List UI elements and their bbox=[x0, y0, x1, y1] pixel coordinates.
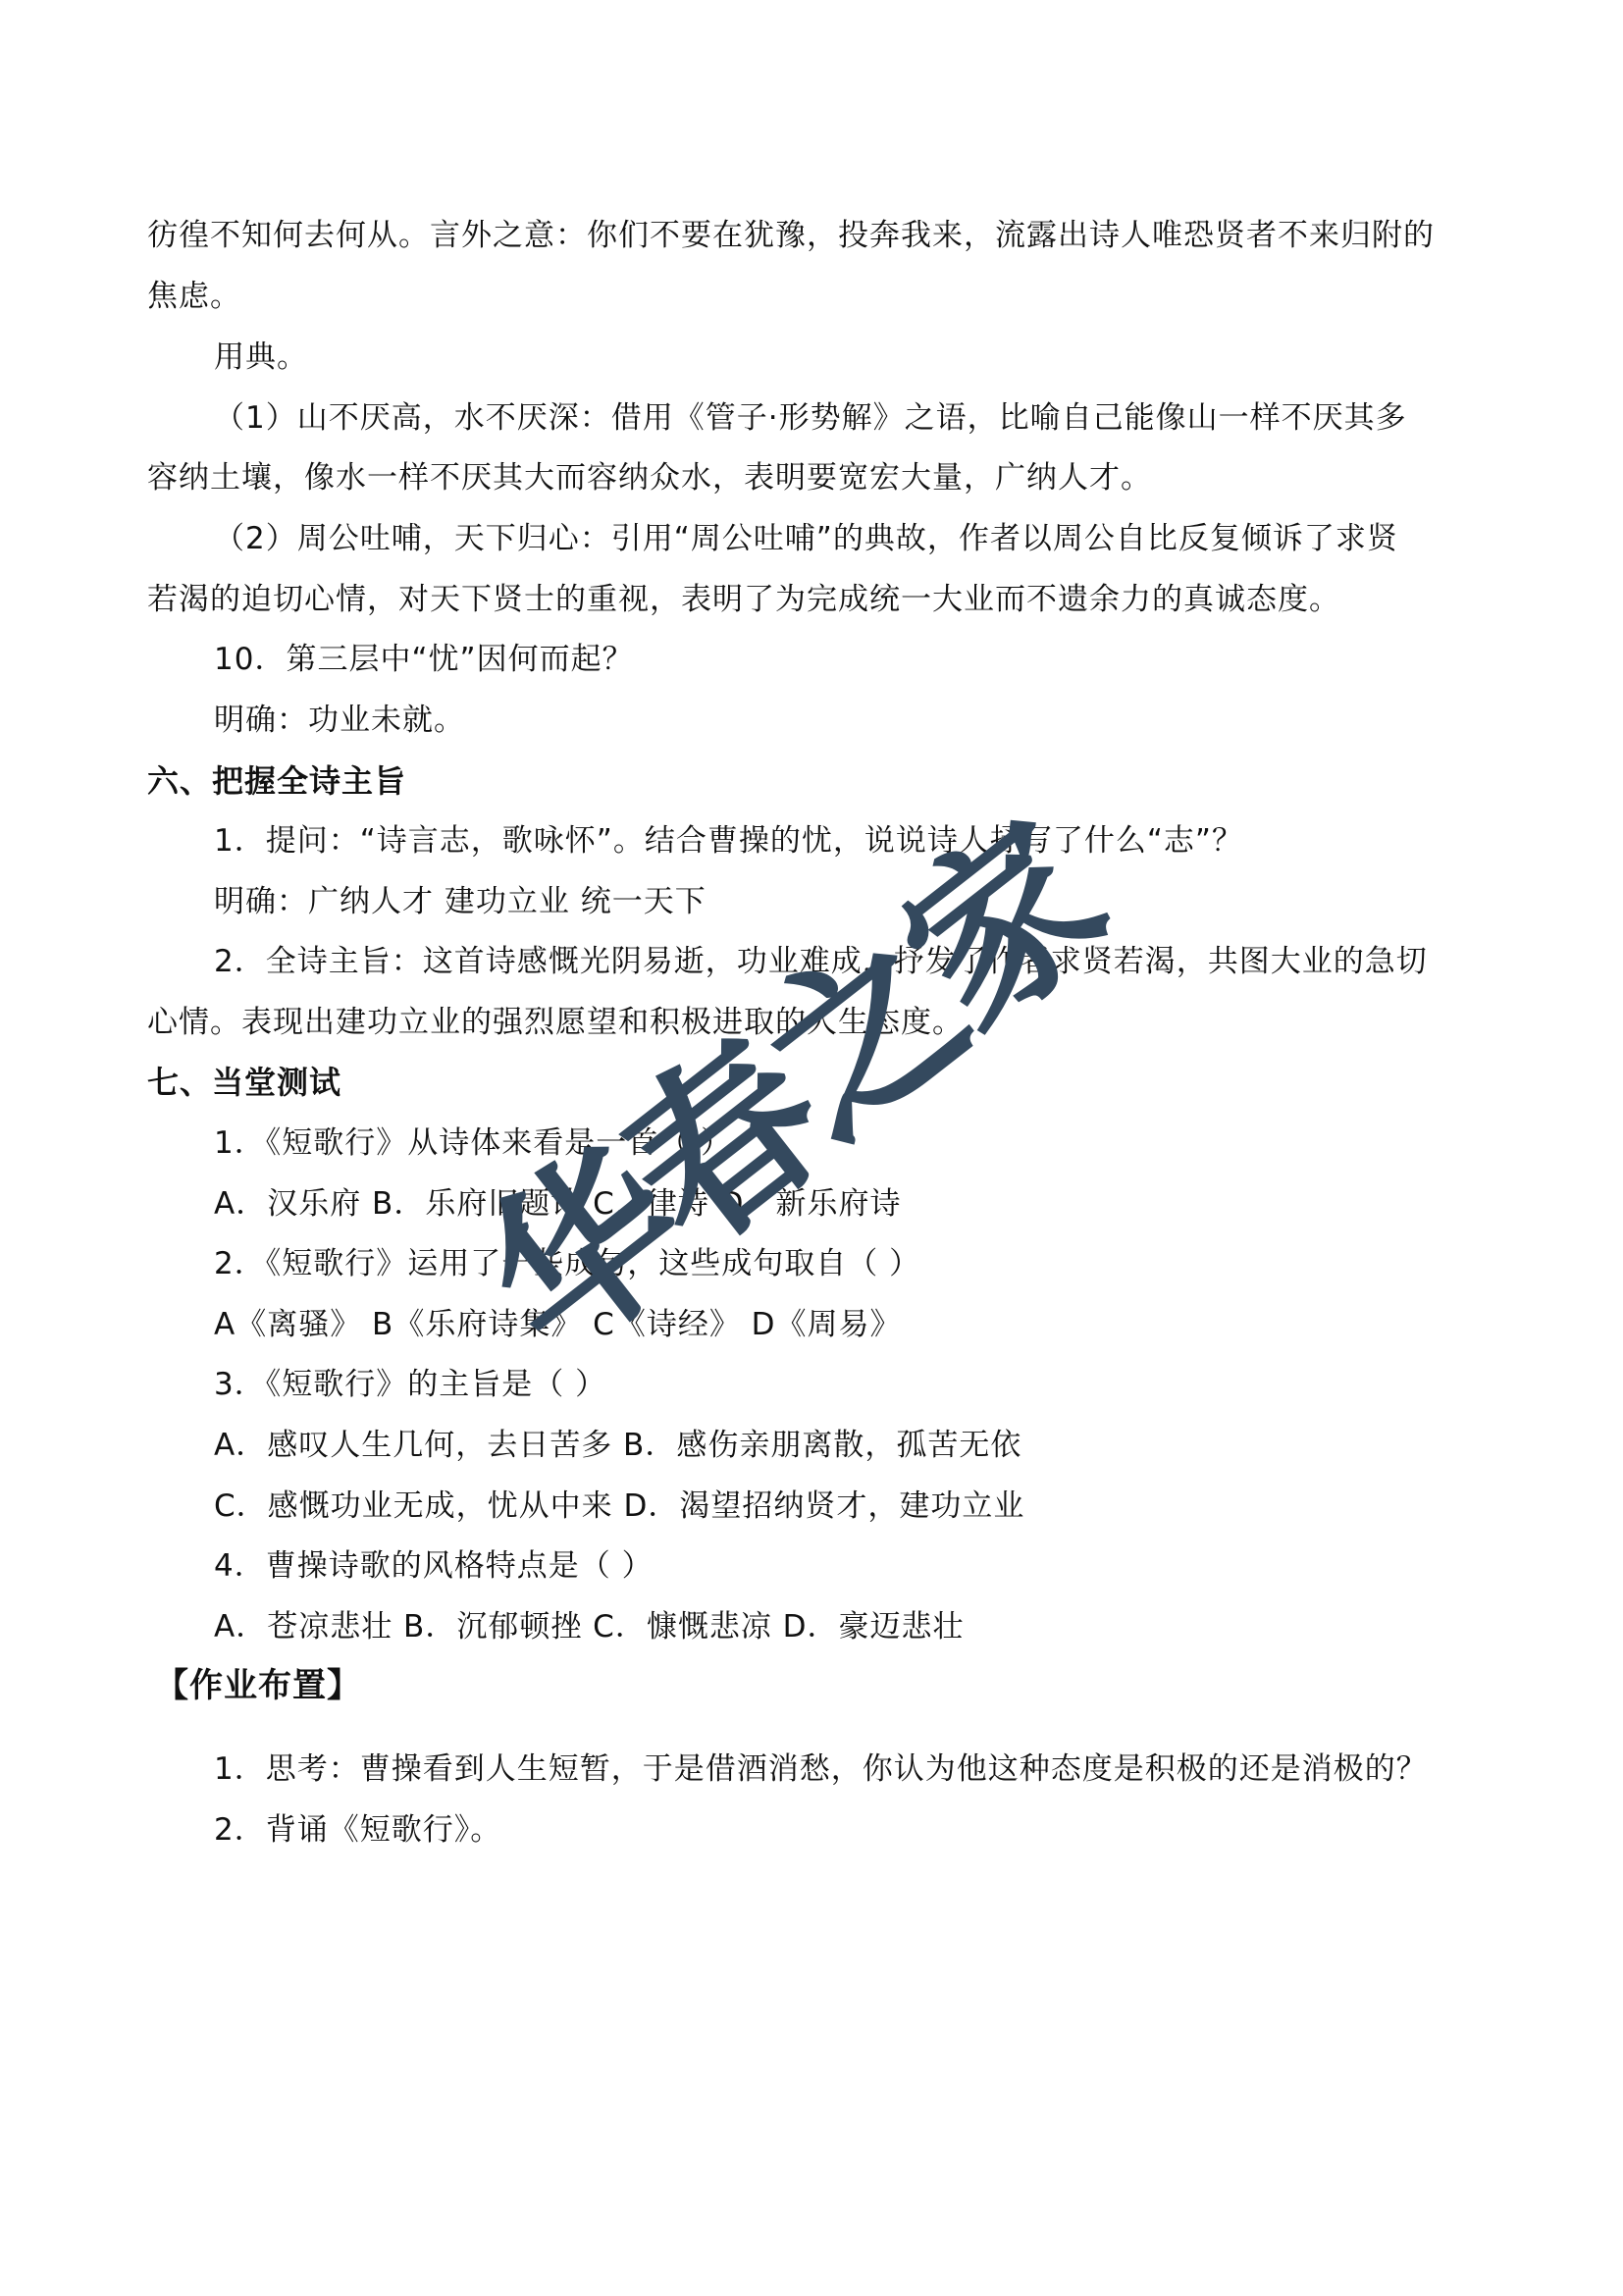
answer-10: 明确：功业未就。 bbox=[214, 701, 465, 740]
quiz-options-2: A《离骚》 B《乐府诗集》 C《诗经》 D《周易》 bbox=[214, 1305, 902, 1344]
homework-item-1: 1．思考：曹操看到人生短暂，于是借酒消愁，你认为他这种态度是积极的还是消极的？ bbox=[214, 1749, 1428, 1789]
paragraph-line: （1）山不厌高，水不厌深：借用《管子·形势解》之语，比喻自己能像山一样不厌其多 bbox=[214, 398, 1407, 438]
section-6-theme-line: 2．全诗主旨：这首诗感慨光阴易逝，功业难成，抒发了作者求贤若渴，共图大业的急切 bbox=[214, 942, 1428, 981]
question-10: 10．第三层中“忧”因何而起？ bbox=[214, 640, 634, 679]
quiz-question-2: 2．《短歌行》运用了一些成句，这些成句取自（ ） bbox=[214, 1244, 920, 1283]
paragraph-line: （2）周公吐哺，天下归心：引用“周公吐哺”的典故，作者以周公自比反复倾诉了求贤 bbox=[214, 519, 1398, 558]
paragraph-line: 若渴的迫切心情，对天下贤士的重视，表明了为完成统一大业而不遗余力的真诚态度。 bbox=[147, 580, 1340, 619]
homework-item-2: 2．背诵《短歌行》。 bbox=[214, 1810, 501, 1850]
quiz-options-3-cd: C．感慨功业无成，忧从中来 D．渴望招纳贤才，建功立业 bbox=[214, 1487, 1024, 1526]
section-6-heading: 六、把握全诗主旨 bbox=[147, 761, 406, 801]
quiz-options-3-ab: A．感叹人生几何，去日苦多 B．感伤亲朋离散，孤苦无依 bbox=[214, 1426, 1021, 1465]
paragraph-line: 容纳土壤，像水一样不厌其大而容纳众水，表明要宽宏大量，广纳人才。 bbox=[147, 458, 1152, 497]
section-7-heading: 七、当堂测试 bbox=[147, 1063, 341, 1102]
quiz-options-4: A．苍凉悲壮 B．沉郁顿挫 C．慷慨悲凉 D．豪迈悲壮 bbox=[214, 1607, 965, 1646]
quiz-options-1: A．汉乐府 B．乐府旧题诗 C．律诗 D．新乐府诗 bbox=[214, 1184, 902, 1224]
quiz-question-3: 3．《短歌行》的主旨是（ ） bbox=[214, 1365, 606, 1404]
quiz-question-4: 4．曹操诗歌的风格特点是（ ） bbox=[214, 1546, 654, 1586]
paragraph-line: 焦虑。 bbox=[147, 277, 241, 316]
quiz-question-1: 1．《短歌行》从诗体来看是一首（ ） bbox=[214, 1123, 732, 1163]
section-6-answer-1: 明确：广纳人才 建功立业 统一天下 bbox=[214, 882, 707, 921]
section-6-theme-line: 心情。表现出建功立业的强烈愿望和积极进取的人生态度。 bbox=[147, 1003, 964, 1042]
paragraph-line: 用典。 bbox=[214, 338, 308, 377]
section-6-question-1: 1．提问：“诗言志，歌咏怀”。结合曹操的忧，说说诗人抒写了什么“志”？ bbox=[214, 821, 1243, 861]
homework-heading: 【作业布置】 bbox=[155, 1666, 361, 1705]
paragraph-line: 彷徨不知何去何从。言外之意：你们不要在犹豫，投奔我来，流露出诗人唯恐贤者不来归附… bbox=[147, 216, 1435, 255]
